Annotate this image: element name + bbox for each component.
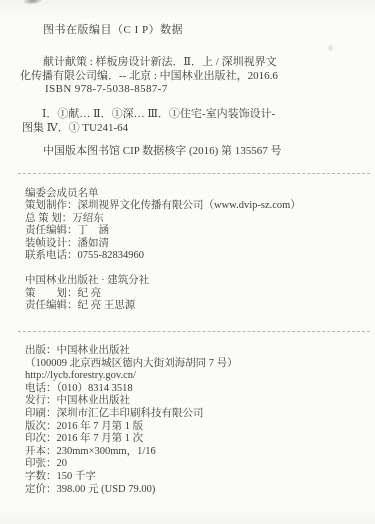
isbn-line: ISBN 978-7-5038-8587-7 bbox=[20, 83, 278, 97]
cip-classification: Ⅰ．①献… Ⅱ．①深… Ⅲ．①住宅-室内装饰设计- 图集 Ⅳ．① TU241-6… bbox=[22, 108, 275, 135]
copyright-page: 图书在版编目（C I P）数据 献计献策 : 样板房设计新法．Ⅱ．上 / 深圳视… bbox=[0, 0, 375, 524]
editorial-line-phone: 联系电话：0755-82834960 bbox=[25, 250, 301, 262]
pub-line-wordcount: 字数：150 千字 bbox=[25, 471, 238, 484]
editorial-board-section: 编委会成员名单 策划制作：深圳视界文化传播有限公司（www.dvip-sz.co… bbox=[25, 188, 301, 313]
editorial-line-chief-planner: 总 策 划：万绍东 bbox=[25, 213, 301, 225]
pub-line-phone: 电话：（010）8314 3518 bbox=[25, 383, 238, 396]
scan-faint-mark-artifact bbox=[325, 43, 335, 53]
editorial-line-design: 装帧设计：潘如清 bbox=[25, 238, 301, 250]
editorial-line-editor: 责任编辑：丁 涵 bbox=[25, 225, 301, 237]
pub-line-website: http://lycb.forestry.gov.cn/ bbox=[25, 370, 238, 383]
pub-line-publisher: 出版：中国林业出版社 bbox=[25, 345, 238, 358]
pub-line-printer: 印刷：深圳市汇亿丰印刷科技有限公司 bbox=[25, 408, 238, 421]
cip-classification-line-2: 图集 Ⅳ．① TU241-64 bbox=[22, 122, 275, 136]
pub-line-sheets: 印张：20 bbox=[25, 458, 238, 471]
branch-line-editor: 责任编辑：纪 亮 王思源 bbox=[25, 300, 301, 312]
cip-header: 图书在版编目（C I P）数据 bbox=[43, 24, 183, 37]
scan-smudge-artifact bbox=[24, 0, 43, 5]
publication-info-section: 出版：中国林业出版社 （100009 北京西城区德内大街刘海胡同 7 号） ht… bbox=[25, 345, 238, 496]
editorial-board-title: 编委会成员名单 bbox=[25, 188, 301, 200]
pub-line-distributor: 发行：中国林业出版社 bbox=[25, 395, 238, 408]
pub-line-format: 开本：230mm×300mm，1/16 bbox=[25, 446, 238, 459]
cip-entry-line-2: 化传播有限公司编．-- 北京 : 中国林业出版社，2016.6 bbox=[20, 70, 278, 84]
pub-line-price: 定价：398.00 元 (USD 79.00) bbox=[25, 484, 238, 497]
cip-record-number: 中国版本图书馆 CIP 数据核字 (2016) 第 135567 号 bbox=[43, 142, 282, 158]
cip-entry: 献计献策 : 样板房设计新法．Ⅱ．上 / 深圳视界文 化传播有限公司编．-- 北… bbox=[20, 56, 278, 97]
pub-line-edition: 版次：2016 年 7 月第 1 版 bbox=[25, 421, 238, 434]
cip-entry-line-1: 献计献策 : 样板房设计新法．Ⅱ．上 / 深圳视界文 bbox=[20, 56, 278, 70]
publisher-branch-title: 中国林业出版社 · 建筑分社 bbox=[25, 275, 301, 287]
dashed-divider-top bbox=[18, 173, 370, 174]
dashed-divider-bottom bbox=[18, 331, 370, 332]
cip-classification-line-1: Ⅰ．①献… Ⅱ．①深… Ⅲ．①住宅-室内装饰设计- bbox=[22, 108, 275, 122]
pub-line-address: （100009 北京西城区德内大街刘海胡同 7 号） bbox=[25, 358, 238, 371]
branch-line-planner: 策 划：纪 亮 bbox=[25, 288, 301, 300]
pub-line-impression: 印次：2016 年 7 月第 1 次 bbox=[25, 433, 238, 446]
editorial-line-planning: 策划制作：深圳视界文化传播有限公司（www.dvip-sz.com） bbox=[25, 200, 301, 212]
